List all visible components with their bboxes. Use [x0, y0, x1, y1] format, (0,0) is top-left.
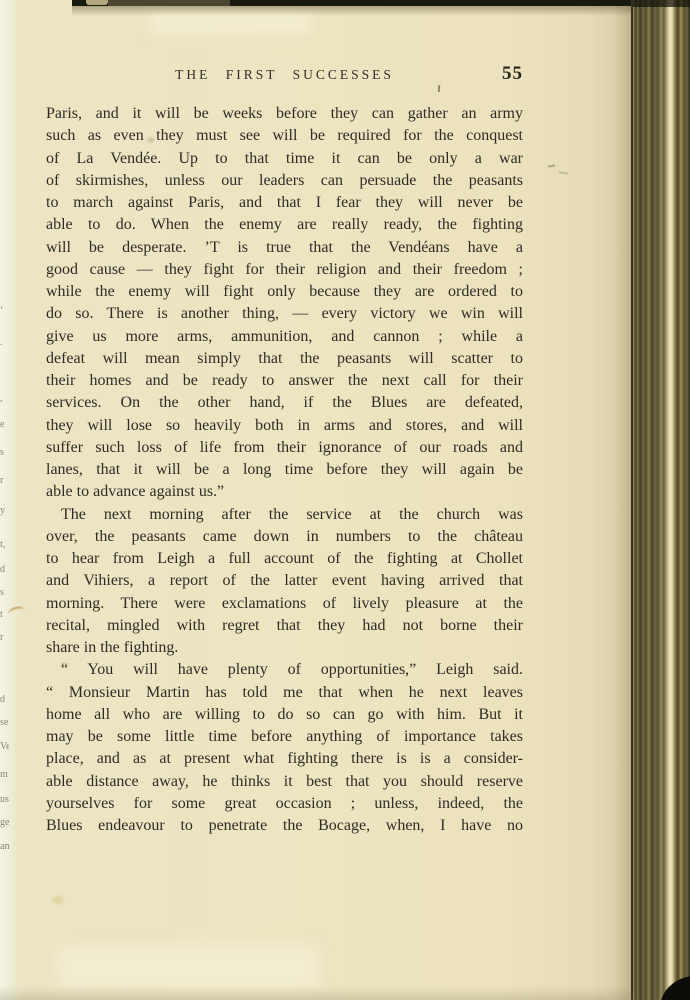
paper-stain-faint — [58, 660, 70, 669]
gutter-text-fragment: ‘ — [0, 306, 9, 316]
paper-stain — [50, 894, 66, 906]
text-line: lanes, that it will be a long time befor… — [46, 459, 523, 481]
text-line: place, and as at present what fighting t… — [46, 748, 523, 770]
text-line: “ Monsieur Martin has told me that when … — [46, 682, 523, 704]
text-line: “ You will have plenty of opportunities,… — [46, 659, 523, 681]
text-line: their homes and be ready to answer the n… — [46, 370, 523, 392]
text-line: defeat will mean simply that the peasant… — [46, 348, 523, 370]
text-line: to march against Paris, and that I fear … — [46, 192, 523, 214]
top-edge-notch — [86, 0, 108, 5]
text-line: Paris, and it will be weeks before they … — [46, 103, 523, 125]
gutter-text-fragment: an — [0, 842, 9, 852]
gutter-text-fragment: e — [0, 420, 9, 430]
gutter-text-fragment: us — [0, 795, 9, 805]
gutter-text-fragment: Ve — [0, 742, 9, 752]
text-line: they will lose so heavily both in arms a… — [46, 415, 523, 437]
gutter-text-fragment: s — [0, 448, 9, 458]
scan-light-patch-bottom — [58, 946, 318, 988]
page-stack-fore-edge — [631, 0, 690, 1000]
top-edge-shadow — [72, 6, 633, 16]
running-head: THE FIRST SUCCESSES — [46, 67, 523, 83]
book-page-scan: THE FIRST SUCCESSES 55 Paris, and it wil… — [0, 0, 690, 1000]
gutter-text-fragment: , — [0, 394, 9, 404]
bottom-edge-shadow — [0, 986, 633, 1000]
gutter-text-fragment: ge — [0, 818, 9, 828]
gutter-text-fragment: y — [0, 506, 9, 516]
paragraph: “ You will have plenty of opportunities,… — [46, 659, 523, 837]
text-line: able distance away, he thinks it best th… — [46, 771, 523, 793]
text-line: may be some little time before anything … — [46, 726, 523, 748]
gutter-text-fragment: m — [0, 770, 9, 780]
paper-smudge — [146, 136, 156, 144]
gutter-text-fragment: d — [0, 695, 9, 705]
page-header: THE FIRST SUCCESSES 55 — [46, 63, 523, 87]
paragraph: The next morning after the service at th… — [46, 504, 523, 660]
text-line: able to advance against us.” — [46, 481, 523, 503]
text-line: morning. There were exclamations of live… — [46, 593, 523, 615]
gutter-text-fragment: r — [0, 476, 9, 486]
text-line: while the enemy will fight only because … — [46, 281, 523, 303]
gutter-text-fragment: . — [0, 338, 9, 348]
text-line: give us more arms, ammunition, and canno… — [46, 326, 523, 348]
text-line: over, the peasants came down in numbers … — [46, 526, 523, 548]
text-line: and Vihiers, a report of the latter even… — [46, 570, 523, 592]
text-line: will be desperate. ’T is true that the V… — [46, 237, 523, 259]
text-line: good cause — they fight for their religi… — [46, 259, 523, 281]
text-line: services. On the other hand, if the Blue… — [46, 392, 523, 414]
text-line: such as even they must see will be requi… — [46, 125, 523, 147]
fore-edge-top-shadow — [633, 0, 690, 7]
text-line: of La Vendée. Up to that time it can be … — [46, 148, 523, 170]
text-line: home all who are willing to do so can go… — [46, 704, 523, 726]
text-line: Blues endeavour to penetrate the Bocage,… — [46, 815, 523, 837]
pencil-smudge — [548, 164, 572, 178]
text-line: yourselves for some great occasion ; unl… — [46, 793, 523, 815]
gutter-text-fragment: s — [0, 588, 9, 598]
gutter-text-fragment: se — [0, 718, 9, 728]
text-block: Paris, and it will be weeks before they … — [46, 103, 523, 837]
text-line: able to do. When the enemy are really re… — [46, 214, 523, 236]
gutter-text-fragment: d — [0, 565, 9, 575]
gutter-text-fragment: r — [0, 633, 9, 643]
page-number: 55 — [502, 63, 523, 85]
text-line: suffer such loss of life from their igno… — [46, 437, 523, 459]
text-line: share in the fighting. — [46, 637, 523, 659]
text-line: of skirmishes, unless our leaders can pe… — [46, 170, 523, 192]
text-line: recital, mingled with regret that they h… — [46, 615, 523, 637]
text-line: do so. There is another thing, — every v… — [46, 303, 523, 325]
gutter-text-fragment: t, — [0, 540, 9, 550]
paragraph: Paris, and it will be weeks before they … — [46, 103, 523, 504]
text-line: The next morning after the service at th… — [46, 504, 523, 526]
text-line: to hear from Leigh a full account of the… — [46, 548, 523, 570]
